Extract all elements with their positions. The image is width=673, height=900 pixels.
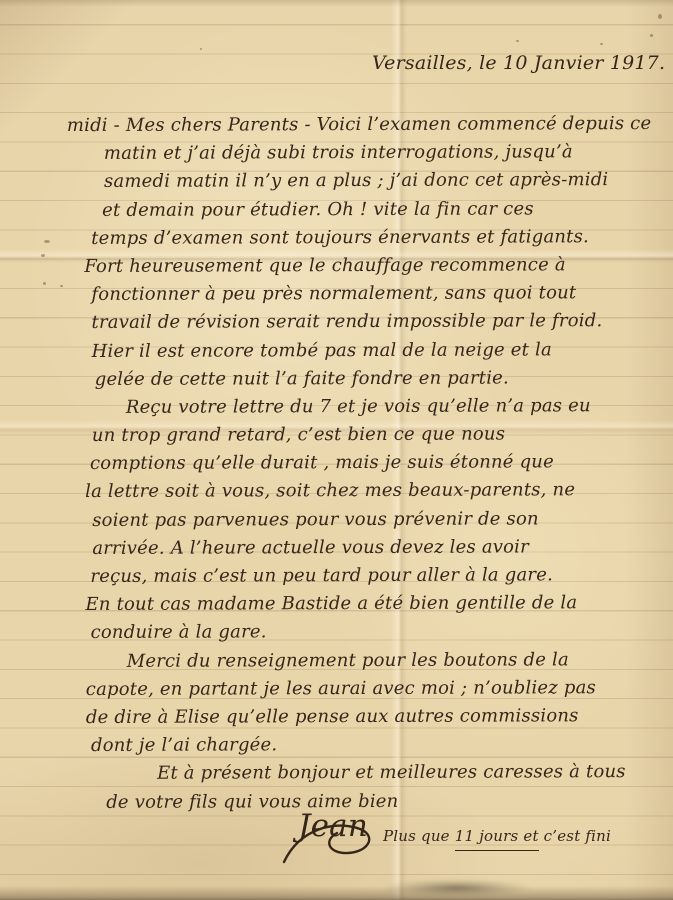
bottom-edge-shadow	[0, 886, 673, 900]
paper-speck	[600, 43, 603, 45]
letter-body: midi - Mes chers Parents - Voici l’exame…	[67, 110, 665, 817]
letter-line: comptions qu’elle durait , mais je suis …	[90, 448, 664, 478]
letter-line: midi - Mes chers Parents - Voici l’exame…	[67, 110, 663, 140]
postscript-pre: Plus que	[383, 827, 455, 845]
letter-line: Merci du renseignement pour les boutons …	[127, 646, 665, 676]
paper-speck	[516, 40, 519, 42]
letter-line: fonctionner à peu près normalement, sans…	[91, 279, 663, 309]
letter-line: un trop grand retard, c’est bien ce que …	[92, 420, 664, 450]
paper-speck	[43, 282, 46, 285]
letter-line: dont je l’ai chargée.	[91, 730, 665, 760]
letter-line: de dire à Elise qu’elle pense aux autres…	[86, 702, 665, 732]
letter-line: temps d’examen sont toujours énervants e…	[91, 223, 663, 253]
top-edge-shadow	[0, 0, 673, 7]
letter-line: arrivée. A l’heure actuelle vous devez l…	[92, 533, 664, 563]
paper-speck	[60, 285, 63, 287]
letter-page: Versailles, le 10 Janvier 1917. midi - M…	[0, 0, 673, 900]
letter-line: Fort heureusement que le chauffage recom…	[84, 251, 663, 281]
letter-line: Et à présent bonjour et meilleures cares…	[157, 758, 665, 788]
letter-line: En tout cas madame Bastide a été bien ge…	[85, 589, 664, 619]
letter-line: samedi matin il n’y en a plus ; j’ai don…	[104, 166, 663, 196]
letter-line: gelée de cette nuit l’a faite fondre en …	[95, 364, 664, 394]
letter-line: et demain pour étudier. Oh ! vite la fin…	[102, 195, 663, 225]
postscript-post: c’est fini	[539, 827, 611, 845]
letter-line: soient pas parvenues pour vous prévenir …	[92, 505, 664, 535]
paper-speck	[200, 48, 202, 50]
paper-speck	[650, 34, 653, 37]
letter-line: reçus, mais c’est un peu tard pour aller…	[90, 561, 664, 591]
letter-line: Reçu votre lettre du 7 et je vois qu’ell…	[126, 392, 664, 422]
letter-line: travail de révision serait rendu impossi…	[91, 307, 663, 337]
letter-line: capote, en partant je les aurai avec moi…	[86, 674, 665, 704]
paper-speck	[658, 14, 662, 19]
paper-speck	[41, 254, 45, 257]
paper-speck	[44, 240, 50, 243]
signature: Jean	[298, 808, 368, 844]
postscript-underlined-text: 11 jours et	[455, 827, 539, 851]
postscript: Plus que 11 jours et c’est fini	[383, 827, 611, 845]
letter-line: la lettre soit à vous, soit chez mes bea…	[85, 476, 664, 506]
letter-line: matin et j’ai déjà subi trois interrogat…	[104, 138, 663, 168]
place-date-line: Versailles, le 10 Janvier 1917.	[372, 52, 665, 74]
letter-line: conduire à la gare.	[91, 617, 665, 647]
letter-line: Hier il est encore tombé pas mal de la n…	[92, 335, 664, 365]
